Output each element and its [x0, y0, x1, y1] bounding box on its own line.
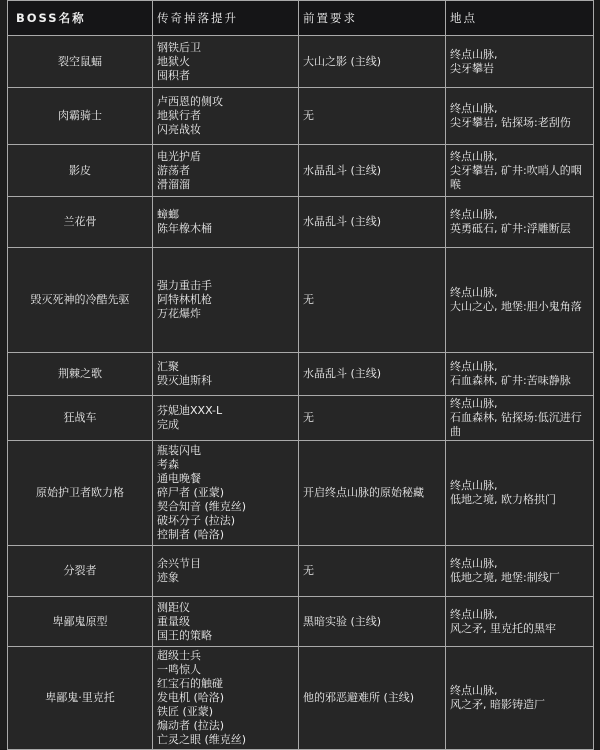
- prerequisite-cell: 水晶乱斗 (主线): [299, 145, 446, 197]
- table-row: 裂空鼠蝠钢铁后卫地狱火囤积者大山之影 (主线)终点山脉,尖牙攀岩: [8, 36, 594, 88]
- drop-item: 超级士兵: [157, 649, 294, 663]
- prerequisite-cell: 他的邪恶避难所 (主线): [299, 647, 446, 750]
- drops-cell: 瓶装闪电考森通电晚餐碎尸者 (亚蒙)契合知音 (维克丝)破坏分子 (拉法)控制者…: [153, 441, 299, 546]
- drop-item: 电光护盾: [157, 150, 294, 164]
- table-row: 卑鄙鬼原型测距仪重量级国王的策略黑暗实验 (主线)终点山脉,风之矛, 里克托的黑…: [8, 597, 594, 647]
- boss-name-cell: 肉霸骑士: [8, 88, 153, 145]
- drop-item: 汇聚: [157, 360, 294, 374]
- drops-cell: 蟑螂陈年橡木桶: [153, 197, 299, 248]
- table-row: 分裂者余兴节目迹象无终点山脉,低地之境, 地堡:制线厂: [8, 546, 594, 597]
- boss-name-cell: 分裂者: [8, 546, 153, 597]
- boss-name-cell: 兰花骨: [8, 197, 153, 248]
- drop-item: 红宝石的触碰: [157, 677, 294, 691]
- drop-item: 囤积者: [157, 69, 294, 83]
- drops-cell: 电光护盾游荡者滑溜溜: [153, 145, 299, 197]
- location-cell: 终点山脉,英勇砥石, 矿井:浮雕断层: [446, 197, 594, 248]
- location-line: 终点山脉,: [450, 684, 589, 698]
- location-line: 终点山脉,: [450, 208, 589, 222]
- drop-item: 重量级: [157, 615, 294, 629]
- boss-name-cell: 卑鄙鬼原型: [8, 597, 153, 647]
- drop-item: 钢铁后卫: [157, 41, 294, 55]
- header-legendary-drops: 传奇掉落提升: [153, 1, 299, 36]
- drop-item: 余兴节目: [157, 557, 294, 571]
- drop-item: 蟑螂: [157, 208, 294, 222]
- drops-cell: 超级士兵一鸣惊人红宝石的触碰发电机 (哈洛)铁匠 (亚蒙)煽动者 (拉法)亡灵之…: [153, 647, 299, 750]
- prerequisite-cell: 大山之影 (主线): [299, 36, 446, 88]
- location-line: 终点山脉,: [450, 360, 589, 374]
- drop-item: 铁匠 (亚蒙): [157, 705, 294, 719]
- location-cell: 终点山脉,尖牙攀岩, 矿井:吹哨人的咽喉: [446, 145, 594, 197]
- drop-item: 阿特林机枪: [157, 293, 294, 307]
- location-line: 终点山脉,: [450, 397, 589, 411]
- boss-name-cell: 狂战车: [8, 396, 153, 441]
- table-header-row: BOSS名称 传奇掉落提升 前置要求 地点: [8, 1, 594, 36]
- header-boss-name: BOSS名称: [8, 1, 153, 36]
- boss-name-cell: 影皮: [8, 145, 153, 197]
- location-cell: 终点山脉,低地之境, 欧力格拱门: [446, 441, 594, 546]
- table-row: 荆棘之歌汇聚毁灭迪斯科水晶乱斗 (主线)终点山脉,石血森林, 矿井:苦味静脉: [8, 353, 594, 396]
- drop-item: 亡灵之眼 (维克丝): [157, 733, 294, 747]
- drop-item: 发电机 (哈洛): [157, 691, 294, 705]
- table-row: 卑鄙鬼·里克托超级士兵一鸣惊人红宝石的触碰发电机 (哈洛)铁匠 (亚蒙)煽动者 …: [8, 647, 594, 750]
- boss-name-cell: 荆棘之歌: [8, 353, 153, 396]
- location-cell: 终点山脉,风之矛, 暗影铸造厂: [446, 647, 594, 750]
- drop-item: 契合知音 (维克丝): [157, 500, 294, 514]
- drop-item: 国王的策略: [157, 629, 294, 643]
- drops-cell: 汇聚毁灭迪斯科: [153, 353, 299, 396]
- drop-item: 陈年橡木桶: [157, 222, 294, 236]
- location-line: 终点山脉,: [450, 479, 589, 493]
- drop-item: 游荡者: [157, 164, 294, 178]
- drops-cell: 余兴节目迹象: [153, 546, 299, 597]
- drop-item: 一鸣惊人: [157, 663, 294, 677]
- drop-item: 测距仪: [157, 601, 294, 615]
- location-cell: 终点山脉,石血森林, 钻探场:低沉进行曲: [446, 396, 594, 441]
- boss-table: BOSS名称 传奇掉落提升 前置要求 地点 裂空鼠蝠钢铁后卫地狱火囤积者大山之影…: [7, 0, 594, 749]
- prerequisite-cell: 无: [299, 88, 446, 145]
- location-line: 石血森林, 钻探场:低沉进行曲: [450, 411, 589, 439]
- location-line: 尖牙攀岩, 钻探场:老刮伤: [450, 116, 589, 130]
- table-row: 狂战车芬妮迪XXX-L完成无终点山脉,石血森林, 钻探场:低沉进行曲: [8, 396, 594, 441]
- location-line: 石血森林, 矿井:苦味静脉: [450, 374, 589, 388]
- table-row: 肉霸骑士卢西恩的侧攻地狱行者闪亮战妆无终点山脉,尖牙攀岩, 钻探场:老刮伤: [8, 88, 594, 145]
- drop-item: 滑溜溜: [157, 178, 294, 192]
- prerequisite-cell: 无: [299, 248, 446, 353]
- drop-item: 通电晚餐: [157, 472, 294, 486]
- table-row: 影皮电光护盾游荡者滑溜溜水晶乱斗 (主线)终点山脉,尖牙攀岩, 矿井:吹哨人的咽…: [8, 145, 594, 197]
- drop-item: 芬妮迪XXX-L: [157, 404, 294, 418]
- location-line: 低地之境, 欧力格拱门: [450, 493, 589, 507]
- location-cell: 终点山脉,低地之境, 地堡:制线厂: [446, 546, 594, 597]
- drop-item: 破坏分子 (拉法): [157, 514, 294, 528]
- drop-item: 碎尸者 (亚蒙): [157, 486, 294, 500]
- table-row: 毁灭死神的冷酷先驱强力重击手阿特林机枪万花爆炸无终点山脉,大山之心, 地堡:胆小…: [8, 248, 594, 353]
- location-line: 大山之心, 地堡:胆小鬼角落: [450, 300, 589, 314]
- location-cell: 终点山脉,尖牙攀岩: [446, 36, 594, 88]
- drops-cell: 测距仪重量级国王的策略: [153, 597, 299, 647]
- location-line: 尖牙攀岩, 矿井:吹哨人的咽喉: [450, 164, 589, 192]
- drop-item: 卢西恩的侧攻: [157, 95, 294, 109]
- boss-name-cell: 卑鄙鬼·里克托: [8, 647, 153, 750]
- location-line: 终点山脉,: [450, 48, 589, 62]
- location-line: 终点山脉,: [450, 608, 589, 622]
- drop-item: 迹象: [157, 571, 294, 585]
- drops-cell: 强力重击手阿特林机枪万花爆炸: [153, 248, 299, 353]
- drop-item: 强力重击手: [157, 279, 294, 293]
- location-cell: 终点山脉,风之矛, 里克托的黑牢: [446, 597, 594, 647]
- drops-cell: 钢铁后卫地狱火囤积者: [153, 36, 299, 88]
- drops-cell: 卢西恩的侧攻地狱行者闪亮战妆: [153, 88, 299, 145]
- location-cell: 终点山脉,尖牙攀岩, 钻探场:老刮伤: [446, 88, 594, 145]
- location-line: 终点山脉,: [450, 102, 589, 116]
- table-row: 兰花骨蟑螂陈年橡木桶水晶乱斗 (主线)终点山脉,英勇砥石, 矿井:浮雕断层: [8, 197, 594, 248]
- boss-table-page: BOSS名称 传奇掉落提升 前置要求 地点 裂空鼠蝠钢铁后卫地狱火囤积者大山之影…: [0, 0, 600, 749]
- boss-name-cell: 裂空鼠蝠: [8, 36, 153, 88]
- prerequisite-cell: 无: [299, 396, 446, 441]
- header-location: 地点: [446, 1, 594, 36]
- drop-item: 地狱火: [157, 55, 294, 69]
- drop-item: 毁灭迪斯科: [157, 374, 294, 388]
- prerequisite-cell: 黑暗实验 (主线): [299, 597, 446, 647]
- drop-item: 完成: [157, 418, 294, 432]
- location-line: 终点山脉,: [450, 557, 589, 571]
- prerequisite-cell: 水晶乱斗 (主线): [299, 197, 446, 248]
- drop-item: 控制者 (哈洛): [157, 528, 294, 542]
- prerequisite-cell: 无: [299, 546, 446, 597]
- location-line: 尖牙攀岩: [450, 62, 589, 76]
- drop-item: 考森: [157, 458, 294, 472]
- drop-item: 瓶装闪电: [157, 444, 294, 458]
- location-cell: 终点山脉,大山之心, 地堡:胆小鬼角落: [446, 248, 594, 353]
- prerequisite-cell: 水晶乱斗 (主线): [299, 353, 446, 396]
- drop-item: 闪亮战妆: [157, 123, 294, 137]
- header-prerequisite: 前置要求: [299, 1, 446, 36]
- boss-name-cell: 毁灭死神的冷酷先驱: [8, 248, 153, 353]
- location-line: 英勇砥石, 矿井:浮雕断层: [450, 222, 589, 236]
- location-line: 风之矛, 暗影铸造厂: [450, 698, 589, 712]
- boss-name-cell: 原始护卫者欧力格: [8, 441, 153, 546]
- location-line: 终点山脉,: [450, 150, 589, 164]
- prerequisite-cell: 开启终点山脉的原始秘藏: [299, 441, 446, 546]
- drop-item: 地狱行者: [157, 109, 294, 123]
- table-row: 原始护卫者欧力格瓶装闪电考森通电晚餐碎尸者 (亚蒙)契合知音 (维克丝)破坏分子…: [8, 441, 594, 546]
- drops-cell: 芬妮迪XXX-L完成: [153, 396, 299, 441]
- drop-item: 万花爆炸: [157, 307, 294, 321]
- location-line: 低地之境, 地堡:制线厂: [450, 571, 589, 585]
- location-cell: 终点山脉,石血森林, 矿井:苦味静脉: [446, 353, 594, 396]
- drop-item: 煽动者 (拉法): [157, 719, 294, 733]
- location-line: 风之矛, 里克托的黑牢: [450, 622, 589, 636]
- location-line: 终点山脉,: [450, 286, 589, 300]
